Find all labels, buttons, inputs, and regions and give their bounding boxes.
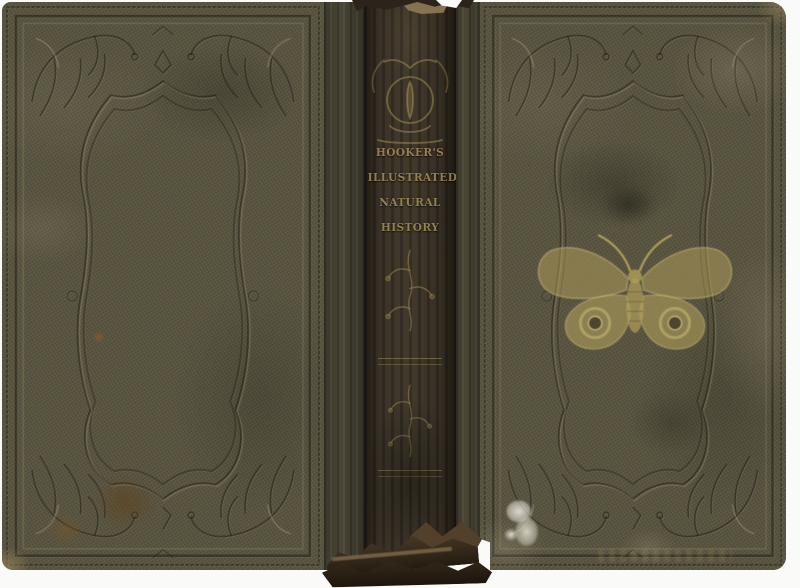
front-cover: [480, 2, 786, 570]
spine-title-line-1: HOOKER'S: [368, 140, 453, 165]
left-hinge-fold: [324, 2, 364, 570]
spine-top-tear: [352, 0, 474, 20]
spine-double-rule: [378, 358, 442, 365]
spine-title: HOOKER'S ILLUSTRATED NATURAL HISTORY: [364, 140, 456, 240]
spine: HOOKER'S ILLUSTRATED NATURAL HISTORY: [364, 2, 456, 570]
spine-title-line-3: NATURAL: [368, 190, 453, 215]
front-cover-bottom-stamp: [598, 549, 732, 562]
spine-lower-sprig-ornament: [364, 380, 456, 460]
spine-wreath-ornament: [364, 42, 456, 147]
spine-title-line-4: HISTORY: [368, 215, 453, 240]
right-hinge-fold: [456, 2, 480, 570]
book: HOOKER'S ILLUSTRATED NATURAL HISTORY: [2, 2, 786, 570]
spine-title-line-2: ILLUSTRATED: [368, 165, 453, 190]
spine-sprig-ornament: [364, 242, 456, 337]
photo-background: HOOKER'S ILLUSTRATED NATURAL HISTORY: [0, 0, 800, 588]
back-cover: [2, 2, 324, 570]
back-cover-embossing: [2, 2, 324, 570]
moth-emblem: [532, 216, 738, 362]
spine-double-rule-lower: [378, 470, 442, 477]
spine-bottom-fray: [322, 508, 498, 586]
white-paint-smudge-mark: [498, 494, 550, 552]
